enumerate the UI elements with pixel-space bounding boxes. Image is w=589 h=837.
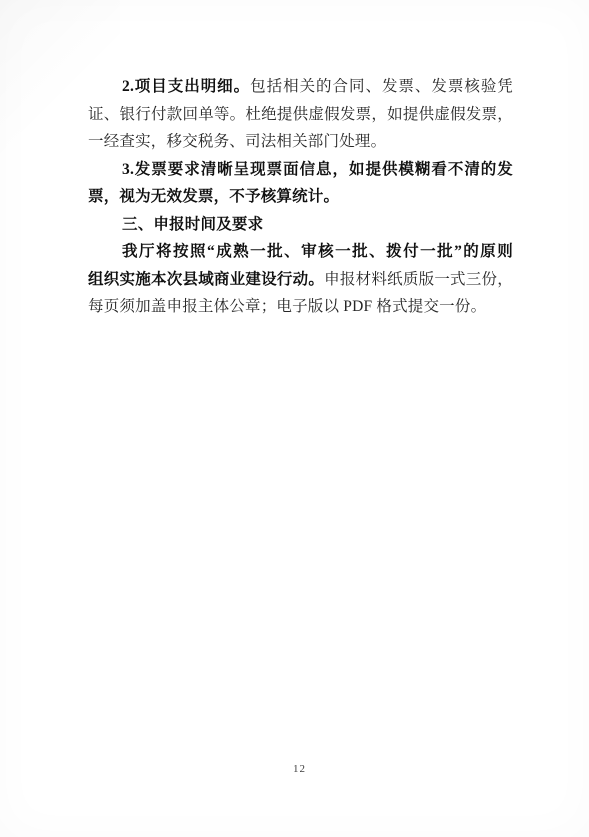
section-heading-text: 三、申报时间及要求: [122, 216, 263, 233]
text-segment: 一经查实，移交税务、司法相关部门处理。: [88, 133, 386, 150]
text-line-9: 每页须加盖申报主体公章；电子版以 PDF 格式提交一份。: [88, 293, 513, 321]
document-text-block: 2.项目支出明细。包括相关的合同、发票、发票核验凭 证、银行付款回单等。杜绝提供…: [88, 73, 513, 321]
document-page: 2.项目支出明细。包括相关的合同、发票、发票核验凭 证、银行付款回单等。杜绝提供…: [0, 0, 589, 837]
text-segment: 我厅将按照“成熟一批、审核一批、拨付一批”的原则: [122, 243, 513, 260]
text-segment: 申报材料纸质版一式三份，: [324, 271, 513, 288]
text-segment: 包括相关的合同、发票、发票核验凭: [250, 78, 513, 95]
text-segment: 每页须加盖申报主体公章；电子版以 PDF 格式提交一份。: [88, 298, 486, 315]
text-segment: 票，视为无效发票，不予核算统计。: [88, 188, 339, 205]
text-line-4: 3.发票要求清晰呈现票面信息，如提供模糊看不清的发: [88, 156, 513, 184]
text-line-5: 票，视为无效发票，不予核算统计。: [88, 183, 513, 211]
text-line-2: 证、银行付款回单等。杜绝提供虚假发票，如提供虚假发票，: [88, 101, 513, 129]
text-segment: 3.发票要求清晰呈现票面信息，如提供模糊看不清的发: [122, 161, 513, 178]
text-line-3: 一经查实，移交税务、司法相关部门处理。: [88, 128, 513, 156]
text-line-8: 组织实施本次县域商业建设行动。申报材料纸质版一式三份，: [88, 266, 513, 294]
page-number: 12: [0, 763, 589, 775]
text-segment: 组织实施本次县域商业建设行动。: [88, 271, 324, 288]
text-line-1: 2.项目支出明细。包括相关的合同、发票、发票核验凭: [88, 73, 513, 101]
text-segment: 证、银行付款回单等。杜绝提供虚假发票，如提供虚假发票，: [88, 106, 513, 123]
text-line-6-section-heading: 三、申报时间及要求: [88, 211, 513, 239]
text-segment: 2.项目支出明细。: [122, 78, 250, 95]
text-line-7: 我厅将按照“成熟一批、审核一批、拨付一批”的原则: [88, 238, 513, 266]
